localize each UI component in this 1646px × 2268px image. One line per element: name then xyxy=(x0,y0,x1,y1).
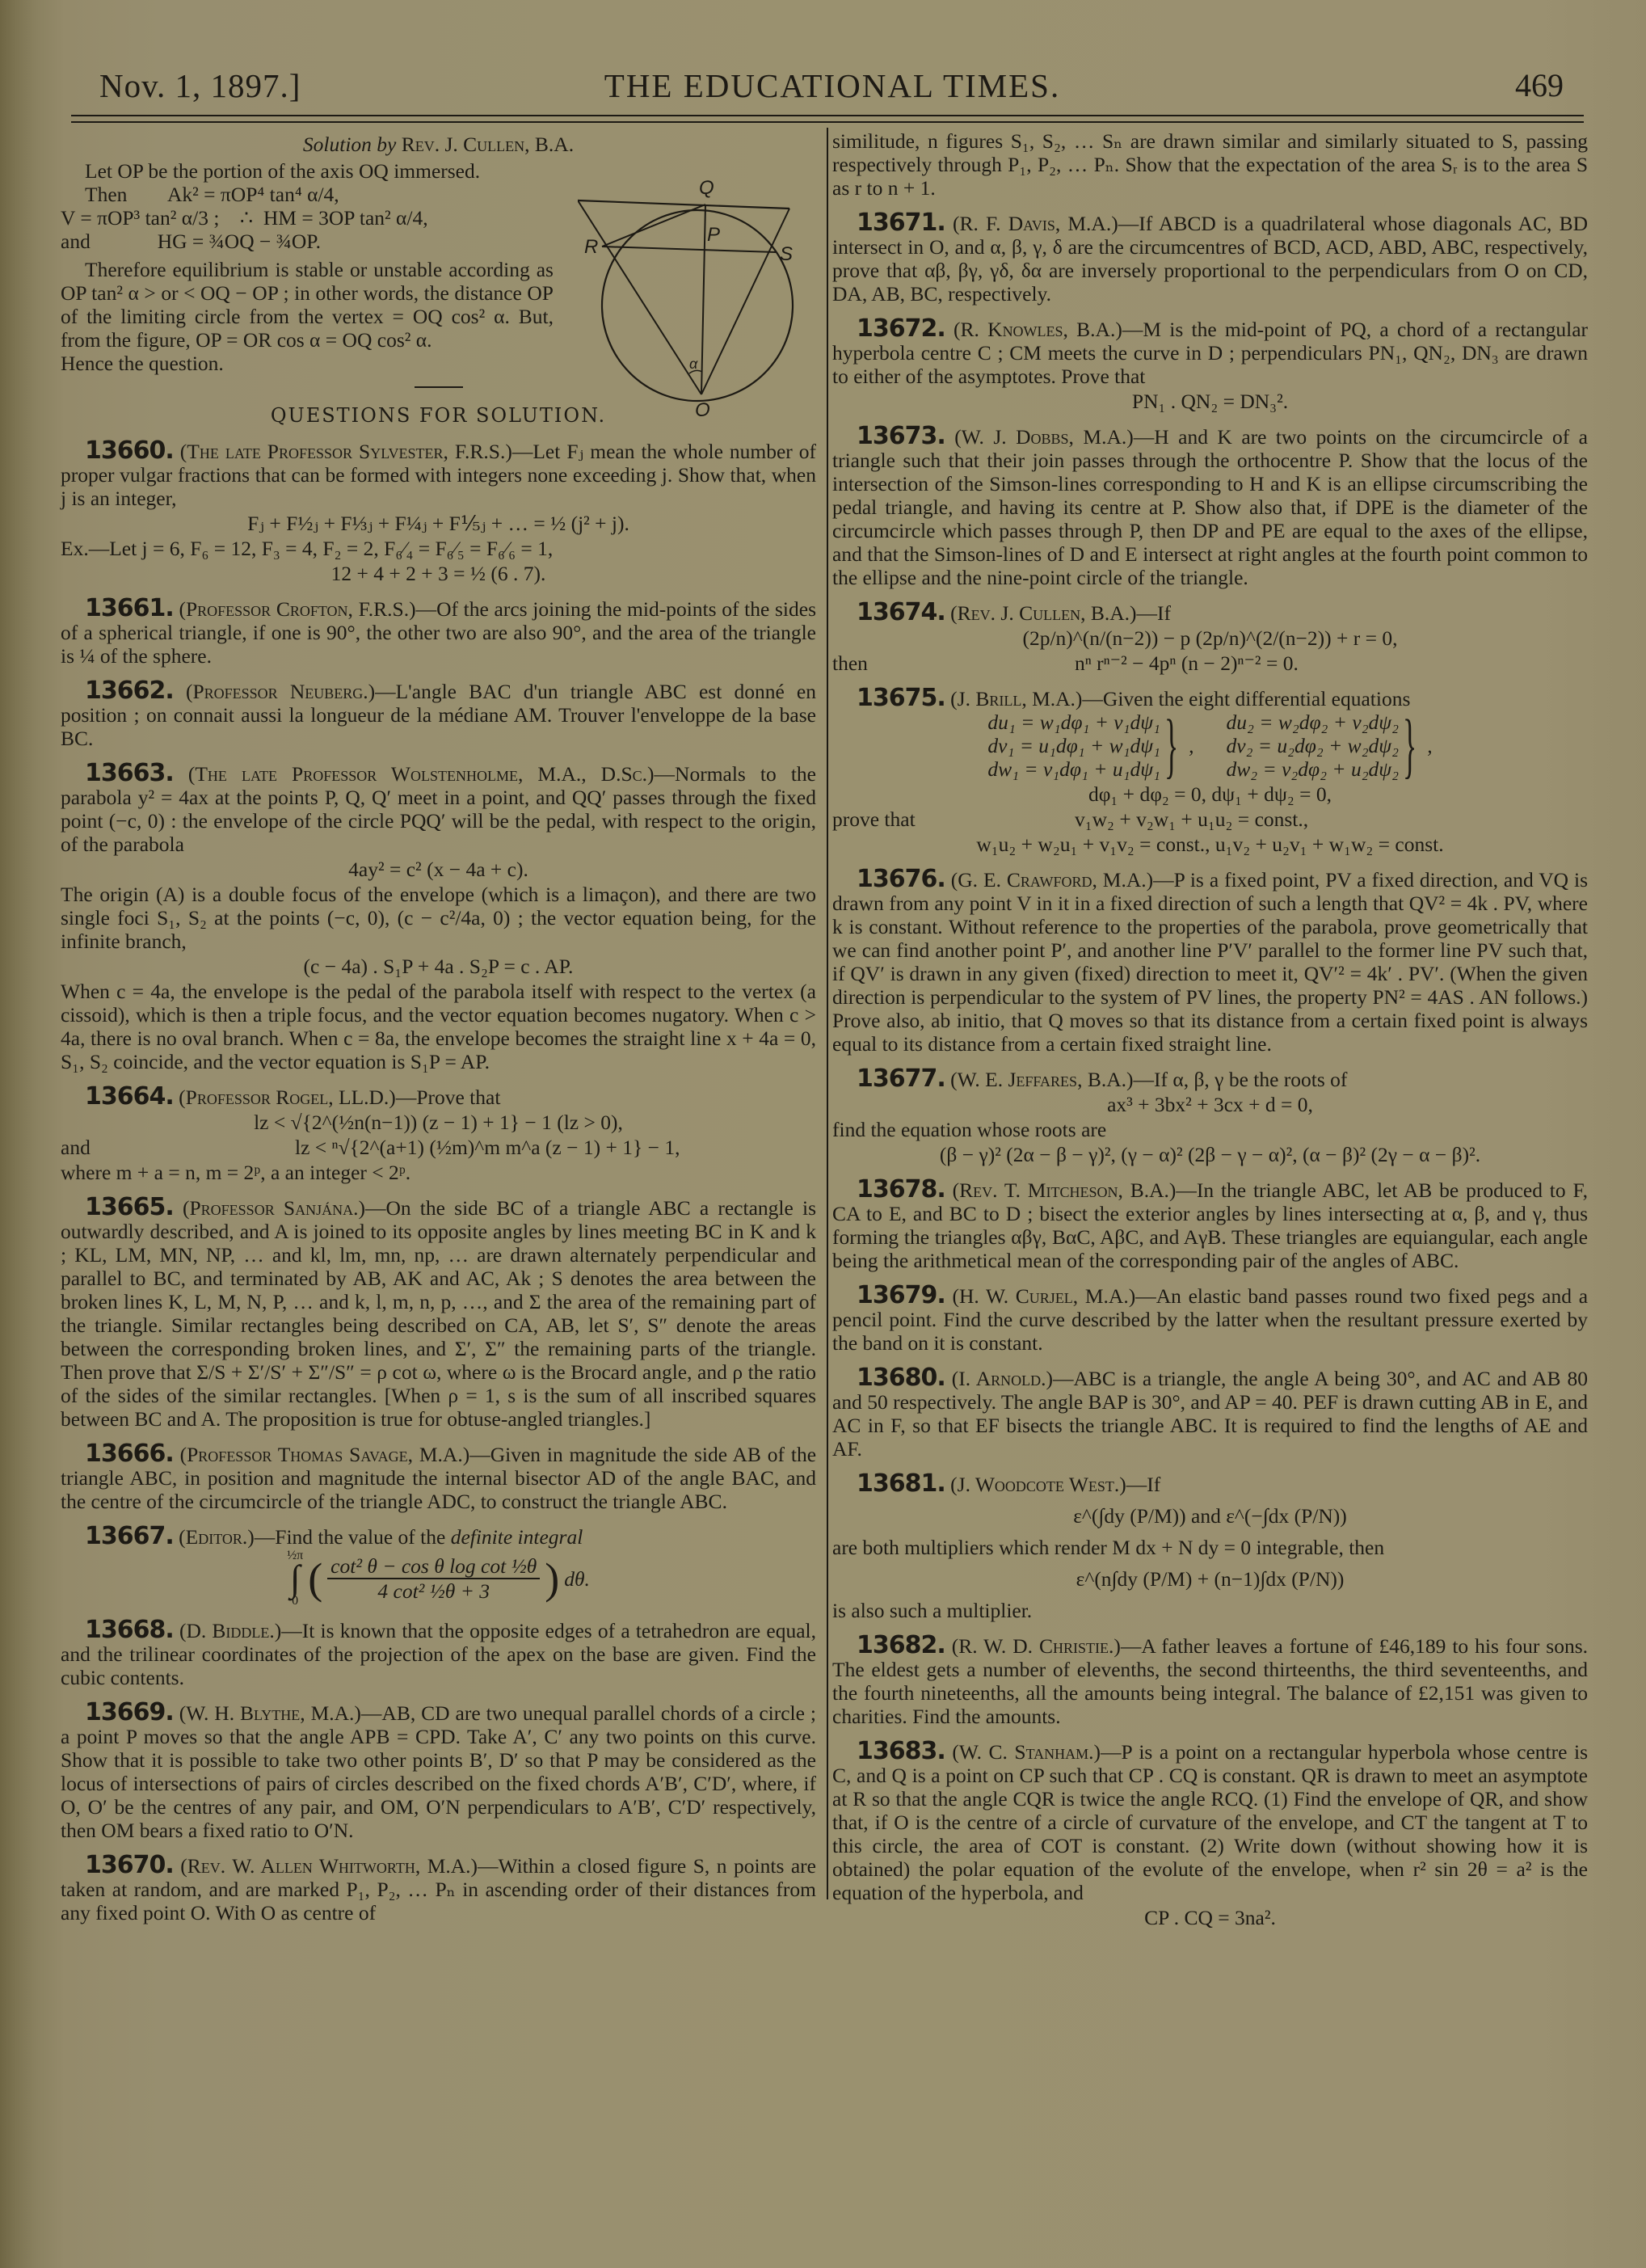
header-title: THE EDUCATIONAL TIMES. xyxy=(77,66,1588,105)
question-13662: 13662. (Professor Neuberg.)—L'angle BAC … xyxy=(61,679,816,750)
question-13681: 13681. (J. Woodcote West.)—If ε^(∫dy (P/… xyxy=(832,1472,1588,1622)
question-13680: 13680. (I. Arnold.)—ABC is a triangle, t… xyxy=(832,1366,1588,1461)
question-13682: 13682. (R. W. D. Christie.)—A father lea… xyxy=(832,1634,1588,1728)
question-13663: 13663. (The late Professor Wolstenholme,… xyxy=(61,761,816,1073)
question-13667: 13667. (Editor.)—Find the value of the d… xyxy=(61,1524,816,1607)
question-13679: 13679. (H. W. Curjel, M.A.)—An elastic b… xyxy=(832,1284,1588,1355)
question-13675: 13675. (J. Brill, M.A.)—Given the eight … xyxy=(832,686,1588,856)
question-13672: 13672. (R. Knowles, B.A.)—M is the mid-p… xyxy=(832,317,1588,413)
left-column: Solution by Rev. J. Cullen, B.A. Let OP … xyxy=(61,129,816,1924)
question-13678: 13678. (Rev. T. Mitcheson, B.A.)—In the … xyxy=(832,1178,1588,1272)
question-13673: 13673. (W. J. Dobbs, M.A.)—H and K are t… xyxy=(832,424,1588,589)
integral-expression: ½π ∫ 0 ( cot² θ − cos θ log cot ½θ 4 cot… xyxy=(61,1550,816,1607)
header-rule xyxy=(71,121,1584,123)
header-rule xyxy=(71,115,1584,116)
page-number: 469 xyxy=(1515,66,1564,104)
solution-body: Let OP be the portion of the axis OQ imm… xyxy=(61,159,554,375)
right-column: similitude, n figures S₁, S₂, … Sₙ are d… xyxy=(832,129,1588,1931)
question-13674: 13674. (Rev. J. Cullen, B.A.)—If (2p/n)^… xyxy=(832,601,1588,675)
question-13664: 13664. (Professor Rogel, LL.D.)—Prove th… xyxy=(61,1085,816,1184)
question-13676: 13676. (G. E. Crawford, M.A.)—P is a fix… xyxy=(832,867,1588,1056)
question-13665: 13665. (Professor Sanjána.)—On the side … xyxy=(61,1195,816,1431)
differential-system: du₁ = w₁dφ₁ + v₁dψ₁ dv₁ = u₁dφ₁ + w₁dψ₁ … xyxy=(832,710,1588,781)
question-13683: 13683. (W. C. Stanham.)—P is a point on … xyxy=(832,1739,1588,1929)
question-13669: 13669. (W. H. Blythe, M.A.)—AB, CD are t… xyxy=(61,1701,816,1842)
journal-page: Nov. 1, 1897.] THE EDUCATIONAL TIMES. 46… xyxy=(0,0,1646,2268)
question-13671: 13671. (R. F. Davis, M.A.)—If ABCD is a … xyxy=(832,211,1588,306)
question-13668: 13668. (D. Biddle.)—It is known that the… xyxy=(61,1618,816,1689)
section-title: QUESTIONS FOR SOLUTION. xyxy=(61,404,816,428)
question-13661: 13661. (Professor Crofton, F.R.S.)—Of th… xyxy=(61,597,816,668)
section-divider xyxy=(415,386,463,388)
question-13660: 13660. (The late Professor Sylvester, F.… xyxy=(61,439,816,585)
question-13670: 13670. (Rev. W. Allen Whitworth, M.A.)—W… xyxy=(61,1853,816,1924)
page-header: Nov. 1, 1897.] THE EDUCATIONAL TIMES. 46… xyxy=(77,65,1588,113)
question-13666: 13666. (Professor Thomas Savage, M.A.)—G… xyxy=(61,1442,816,1513)
question-13670-continued: similitude, n figures S₁, S₂, … Sₙ are d… xyxy=(832,129,1588,200)
question-13677: 13677. (W. E. Jeffares, B.A.)—If α, β, γ… xyxy=(832,1067,1588,1166)
solution-heading: Solution by Rev. J. Cullen, B.A. xyxy=(61,133,816,156)
